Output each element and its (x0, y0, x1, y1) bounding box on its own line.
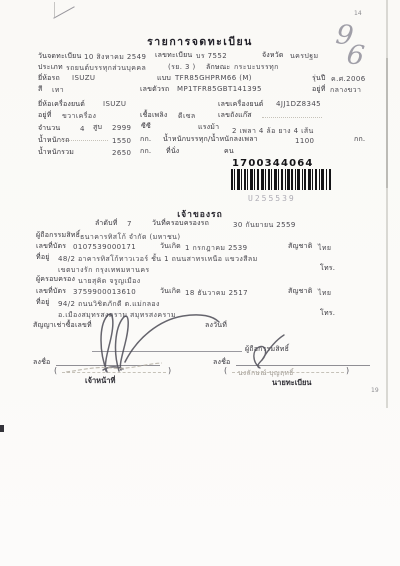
holder-nationality-label: สัญชาติ (288, 241, 312, 252)
possessor-label: ผู้ครอบครอง (36, 274, 75, 285)
holder-nationality-value: ไทย (318, 243, 331, 254)
corner-check-mark (53, 6, 74, 19)
brand-value: ISUZU (72, 74, 95, 82)
sequence-label: ลำดับที่ (95, 218, 118, 229)
possessor-address-label: ที่อยู่ (36, 297, 50, 308)
year-value: ค.ศ.2006 (331, 74, 366, 85)
cc-unit: ซีซี (141, 121, 151, 132)
kg-unit-3: กก. (140, 146, 151, 157)
weight-dots (60, 140, 108, 141)
type-value: รถยนต์บรรทุกส่วนบุคคล (66, 63, 146, 74)
fuel-label: เชื้อเพลิง (140, 110, 167, 121)
registrar-label: นายทะเบียน (272, 377, 312, 389)
possession-date-label: วันที่ครอบครองรถ (152, 218, 209, 229)
holder-address-line1: 48/2 อาคารทิสโก้ทาวเวอร์ ชั้น 1 ถนนสาทรเ… (58, 254, 258, 265)
load-weight-label: น้ำหนักบรรทุก/น้ำหนักลงเพลา (163, 134, 258, 145)
possessor-card-label: เลขที่บัตร (36, 286, 66, 297)
gas-tank-blank (262, 117, 322, 118)
sign-label-left: ลงชื่อ (33, 357, 50, 368)
engine-pos-value: ขวาเครื่อง (62, 111, 96, 122)
holder-birth-value: 1 กรกฎาคม 2539 (185, 243, 247, 254)
holder-label: ผู้ถือกรรมสิทธิ์ (36, 230, 80, 241)
seats-unit: คน (224, 146, 234, 157)
vin-label: เลขตัวรถ (140, 84, 169, 95)
type-code: (รย. 3 ) (168, 62, 196, 73)
possessor-tel-label: โทร. (320, 308, 335, 319)
body-label: ลักษณะ (206, 62, 230, 73)
kg-unit-1: กก. (140, 134, 151, 145)
page-number-top: 14 (354, 10, 362, 17)
reference-stamp-number: U255539 (248, 194, 296, 203)
brand-label: ยี่ห้อรถ (38, 73, 60, 84)
possessor-nationality-label: สัญชาติ (288, 286, 312, 297)
reg-date-label: วันจดทะเบียน (38, 51, 81, 62)
engine-no-label: เลขเครื่องยนต์ (218, 99, 264, 110)
holder-card-value: 0107539000171 (73, 243, 136, 251)
color-value: เทา (52, 85, 64, 96)
possessor-card-value: 3759900013610 (73, 288, 136, 296)
engine-no-value: 4JJ1DZ8345 (276, 100, 321, 108)
seats-label: ที่นั่ง (166, 146, 179, 157)
barcode (231, 169, 333, 194)
vin-pos-label: อยู่ที่ (312, 84, 326, 95)
total-weight-value: 2650 (112, 149, 131, 157)
possessor-name: นายสุคิด จรูญเมือง (78, 276, 141, 287)
corner-mark-vertical (54, 2, 55, 17)
kg-unit-2: กก. (354, 134, 365, 145)
gas-tank-label: เลขถังแก๊ส (218, 110, 252, 121)
cc-value: 2999 (112, 124, 131, 132)
year-label: รุ่นปี (312, 73, 326, 84)
possessor-birth-value: 18 ธันวาคม 2517 (185, 288, 248, 299)
cylinder-unit: สูบ (93, 122, 102, 133)
scan-edge-mark (0, 425, 4, 432)
type-label: ประเภท (38, 62, 63, 73)
registrar-signature (246, 332, 292, 378)
barcode-number: 1700344064 (232, 158, 314, 169)
reg-date-value: 10 สิงหาคม 2549 (84, 52, 146, 63)
model-label: แบบ (157, 73, 171, 84)
horsepower-label: แรงม้า (198, 122, 219, 133)
province-label: จังหวัด (262, 50, 284, 61)
engine-brand-label: ยี่ห้อเครื่องยนต์ (38, 99, 85, 110)
cylinder-count-label: จำนวน (38, 123, 60, 134)
vin-value: MP1TFR85GBT141395 (177, 85, 262, 93)
fuel-value: ดีเซล (178, 111, 196, 122)
color-label: สี (38, 84, 42, 95)
possession-date-value: 30 กันยายน 2559 (233, 220, 296, 231)
vin-pos-value: กลางขวา (330, 85, 361, 96)
holder-birth-label: วันเกิด (160, 241, 181, 252)
engine-pos-label: อยู่ที่ (38, 110, 52, 121)
model-value: TFR85GHPRM66 (M) (175, 74, 252, 82)
page-number-bottom: 19 (371, 387, 379, 394)
document-title: รายการจดทะเบียน (0, 33, 400, 50)
possessor-birth-label: วันเกิด (160, 286, 181, 297)
cylinder-count-value: 4 (80, 125, 85, 133)
body-value: กระบะบรรทุก (234, 62, 279, 73)
plate-label: เลขทะเบียน (155, 50, 192, 61)
plate-value: บร 7552 (196, 51, 227, 62)
scanned-registration-page: 14 9 6 รายการจดทะเบียน วันจดทะเบียน 10 ส… (0, 0, 400, 566)
possessor-nationality-value: ไทย (318, 288, 331, 299)
officer-bracket-open: ( (54, 366, 57, 375)
engine-brand-value: ISUZU (103, 100, 126, 108)
hire-purchase-contract-label: สัญญาเช่าซื้อเลขที่ (33, 320, 92, 331)
sequence-value: 7 (127, 220, 132, 228)
officer-bracket-scribble (62, 360, 166, 379)
load-weight-value: 1100 (295, 137, 314, 145)
registrar-bracket-close: ) (346, 366, 349, 375)
holder-address-label: ที่อยู่ (36, 252, 50, 263)
holder-card-label: เลขที่บัตร (36, 241, 66, 252)
holder-tel-label: โทร. (320, 263, 335, 274)
page-edge-shadow-dark (386, 58, 388, 188)
province-value: นครปฐม (290, 51, 319, 62)
total-weight-label: น้ำหนักรวม (38, 147, 74, 158)
vehicle-weight-value: 1550 (112, 137, 131, 145)
